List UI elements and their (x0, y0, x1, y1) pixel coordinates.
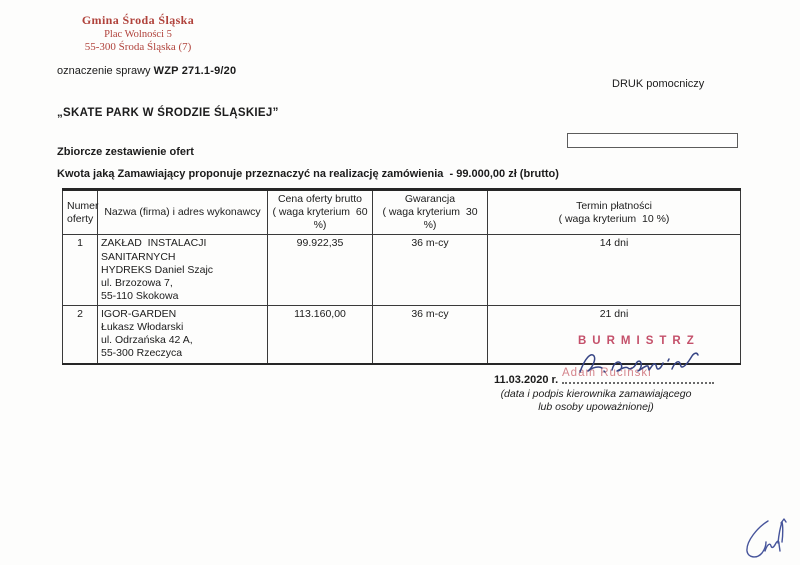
header-offer-number: Numer oferty (63, 190, 98, 235)
header-contractor: Nazwa (firma) i adres wykonawcy (98, 190, 268, 235)
contractor-name: IGOR-GARDEN Łukasz Włodarski ul. Odrzańs… (98, 306, 268, 364)
document-page: Gmina Środa Śląska Plac Wolności 5 55-30… (0, 0, 800, 565)
case-reference-label: oznaczenie sprawy (57, 65, 151, 77)
municipality-city: 55-300 Środa Śląska (7) (68, 41, 208, 53)
document-subtitle: Zbiorcze zestawienie ofert (57, 146, 194, 158)
handwritten-initials (738, 515, 796, 563)
contractor-name: ZAKŁAD INSTALACJI SANITARNYCH HYDREKS Da… (98, 235, 268, 306)
table-header-row: Numer oferty Nazwa (firma) i adres wykon… (63, 190, 741, 235)
header-payment-term: Termin płatności ( waga kryterium 10 %) (488, 190, 741, 235)
document-title: „SKATE PARK W ŚRODZIE ŚLĄSKIEJ” (57, 107, 279, 119)
offer-price: 113.160,00 (268, 306, 373, 364)
case-reference: oznaczenie sprawy WZP 271.1-9/20 (57, 65, 236, 77)
header-gross-price: Cena oferty brutto ( waga kryterium 60 %… (268, 190, 373, 235)
amount-line: Kwota jaką Zamawiający proponuje przezna… (57, 168, 559, 180)
mayor-title-stamp: BURMISTRZ (578, 335, 700, 347)
case-reference-number: WZP 271.1-9/20 (154, 65, 237, 77)
empty-reference-box (567, 133, 738, 148)
offer-payment-term: 14 dni (488, 235, 741, 306)
offer-price: 99.922,35 (268, 235, 373, 306)
municipality-street: Plac Wolności 5 (68, 29, 208, 40)
offer-number: 1 (63, 235, 98, 306)
offer-warranty: 36 m-cy (373, 306, 488, 364)
table-row: 1 ZAKŁAD INSTALACJI SANITARNYCH HYDREKS … (63, 235, 741, 306)
offer-number: 2 (63, 306, 98, 364)
signature-caption: (data i podpis kierownika zamawiającego … (478, 388, 714, 414)
druk-label: DRUK pomocniczy (612, 78, 704, 90)
header-warranty: Gwarancja ( waga kryterium 30 %) (373, 190, 488, 235)
municipality-name: Gmina Środa Śląska (68, 13, 208, 28)
signature-caption-line2: lub osoby upoważnionej) (478, 401, 714, 414)
date-line: 11.03.2020 r. (494, 374, 714, 386)
municipality-stamp: Gmina Środa Śląska Plac Wolności 5 55-30… (68, 13, 208, 53)
signature-date: 11.03.2020 r. (494, 374, 558, 386)
signature-caption-line1: (data i podpis kierownika zamawiającego (478, 388, 714, 401)
signature-dotted-line (562, 381, 714, 384)
offer-warranty: 36 m-cy (373, 235, 488, 306)
